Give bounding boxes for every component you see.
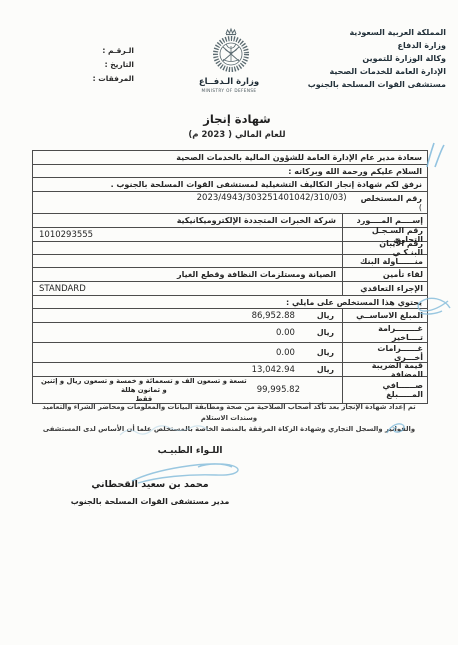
insurance-value: الصيانة ومستلزمات النظافة وقطع الغيار (33, 268, 342, 281)
delay-penalty-value: 0.00 (276, 328, 295, 338)
contains-heading: يحتوي هذا المستخلص على مايلي : (33, 296, 427, 308)
other-penalties-value: 0.00 (276, 348, 295, 358)
iban-label: رقم الأيبان البنـكـي (342, 242, 427, 254)
vat-row: قيمة الضريبة المضافة ريال 13,042.94 (33, 363, 427, 377)
insurance-label: لقاء تأمين (342, 268, 427, 281)
body-row: نرفق لكم شهادة إنجاز التكاليف التشغيلية … (33, 178, 427, 192)
other-penalties-label: غــــــرامات أخـــرى (342, 343, 427, 362)
insurance-row: لقاء تأمين الصيانة ومستلزمات النظافة وقط… (33, 268, 427, 282)
pen-signature-swirl-icon (128, 459, 248, 485)
delay-penalty-row: غــــــــرامة تــــاخير ريال 0.00 (33, 323, 427, 343)
pen-initial-icon (383, 420, 409, 438)
org-line-country: المملكة العربية السعودية (256, 26, 446, 39)
supplier-name-value: شركة الخبرات المتجددة الإلكتروميكانيكية (33, 214, 342, 227)
currency-unit: ريال (317, 365, 334, 374)
addressee-row: سعادة مدير عام الإدارة العامة للشؤون الم… (33, 151, 427, 165)
attachments-field: المرفقات : (68, 72, 134, 86)
other-penalties-cell: ريال 0.00 (33, 343, 342, 362)
iban-row: رقم الأيبان البنـكـي (33, 242, 427, 255)
pen-scribble-mid-icon (410, 292, 452, 318)
iban-value (33, 242, 342, 254)
bank-label: منــــــاولة البنك (342, 255, 427, 267)
claim-number-cell: رقم المستخلص (2023/4943/303251401042/310… (33, 192, 427, 213)
signature-rank: اللـواء الطبيـب (135, 446, 245, 456)
vat-label: قيمة الضريبة المضافة (342, 363, 427, 376)
claim-number-value: (2023/4943/303251401042/310/03 (197, 193, 347, 203)
ref-number-field: الـرقـم : (68, 44, 134, 58)
pen-check-marks-icon (421, 140, 449, 172)
contract-procedure-value: STANDARD (33, 282, 342, 295)
vat-cell: ريال 13,042.94 (33, 363, 342, 376)
claim-number-wrap: ) (38, 203, 422, 212)
org-line-ministry: وزارة الدفاع (256, 39, 446, 52)
commercial-reg-value: 1010293555 (33, 228, 342, 241)
pen-ghost-mark-icon (116, 423, 236, 441)
date-field: التاريخ : (68, 58, 134, 72)
body-text: نرفق لكم شهادة إنجاز التكاليف التشغيلية … (33, 178, 427, 191)
currency-unit: ريال (317, 311, 334, 320)
ministry-english-label: MINISTRY OF DEFENSE (190, 88, 268, 93)
signatory-title: مدير مستشفى القوات المسلحة بالجنوب (52, 497, 248, 506)
greeting-text: السلام عليكم ورحمة الله وبركاته : (33, 165, 427, 177)
base-amount-cell: ريال 86,952.88 (33, 309, 342, 322)
claim-number-label: رقم المستخلص (361, 194, 422, 203)
bank-value (33, 255, 342, 267)
bank-row: منــــــاولة البنك (33, 255, 427, 268)
delay-penalty-cell: ريال 0.00 (33, 323, 342, 342)
net-amount-row: صــــــافي المـــــبلغ 99,995.82 تسعة و … (33, 377, 427, 403)
org-line-hospital: مستشفى القوات المسلحة بالجنوب (256, 78, 446, 91)
base-amount-row: المبلغ الاساســي ريال 86,952.88 (33, 309, 427, 323)
currency-unit: ريال (317, 348, 334, 357)
certificate-table: سعادة مدير عام الإدارة العامة للشؤون الم… (32, 150, 428, 404)
scanned-document-page: { "page": { "background": "#fcfcfa", "in… (0, 0, 458, 645)
currency-unit: ريال (317, 328, 334, 337)
amount-in-words: تسعة و تسعون الف و تسعمائة و خمسة و تسعو… (39, 377, 249, 404)
addressee-text: سعادة مدير عام الإدارة العامة للشؤون الم… (33, 151, 427, 164)
net-amount-cell: 99,995.82 تسعة و تسعون الف و تسعمائة و خ… (33, 377, 342, 403)
base-amount-value: 86,952.88 (252, 311, 295, 321)
claim-number-row: رقم المستخلص (2023/4943/303251401042/310… (33, 192, 427, 214)
vat-value: 13,042.94 (252, 365, 295, 375)
document-title-block: شهادة إنجاز للعام المالي ( 2023 م) (129, 112, 345, 140)
org-line-agency: وكالة الوزارة للتموين (256, 52, 446, 65)
header-org-block: المملكة العربية السعودية وزارة الدفاع وك… (256, 26, 446, 91)
org-line-directorate: الإدارة العامة للخدمات الصحية (256, 65, 446, 78)
ministry-logo: وزارة الـدفــاع MINISTRY OF DEFENSE (190, 27, 268, 93)
greeting-row: السلام عليكم ورحمة الله وبركاته : (33, 165, 427, 178)
contains-row: يحتوي هذا المستخلص على مايلي : (33, 296, 427, 309)
net-amount-label: صــــــافي المـــــبلغ (342, 377, 427, 403)
page-title: شهادة إنجاز (129, 112, 345, 126)
reference-fields: الـرقـم : التاريخ : المرفقات : (68, 44, 134, 86)
net-amount-value: 99,995.82 (257, 385, 300, 395)
footer-note-line1: تم إعداد شهادة الإنجاز بعد تأكد أصحاب ال… (33, 402, 425, 424)
delay-penalty-label: غــــــــرامة تــــاخير (342, 323, 427, 342)
ministry-of-defense-emblem-icon (190, 27, 268, 79)
page-subtitle: للعام المالي ( 2023 م) (129, 130, 345, 140)
contract-procedure-row: الإجراء التعاقدي STANDARD (33, 282, 427, 296)
ministry-arabic-label: وزارة الـدفــاع (190, 77, 268, 87)
